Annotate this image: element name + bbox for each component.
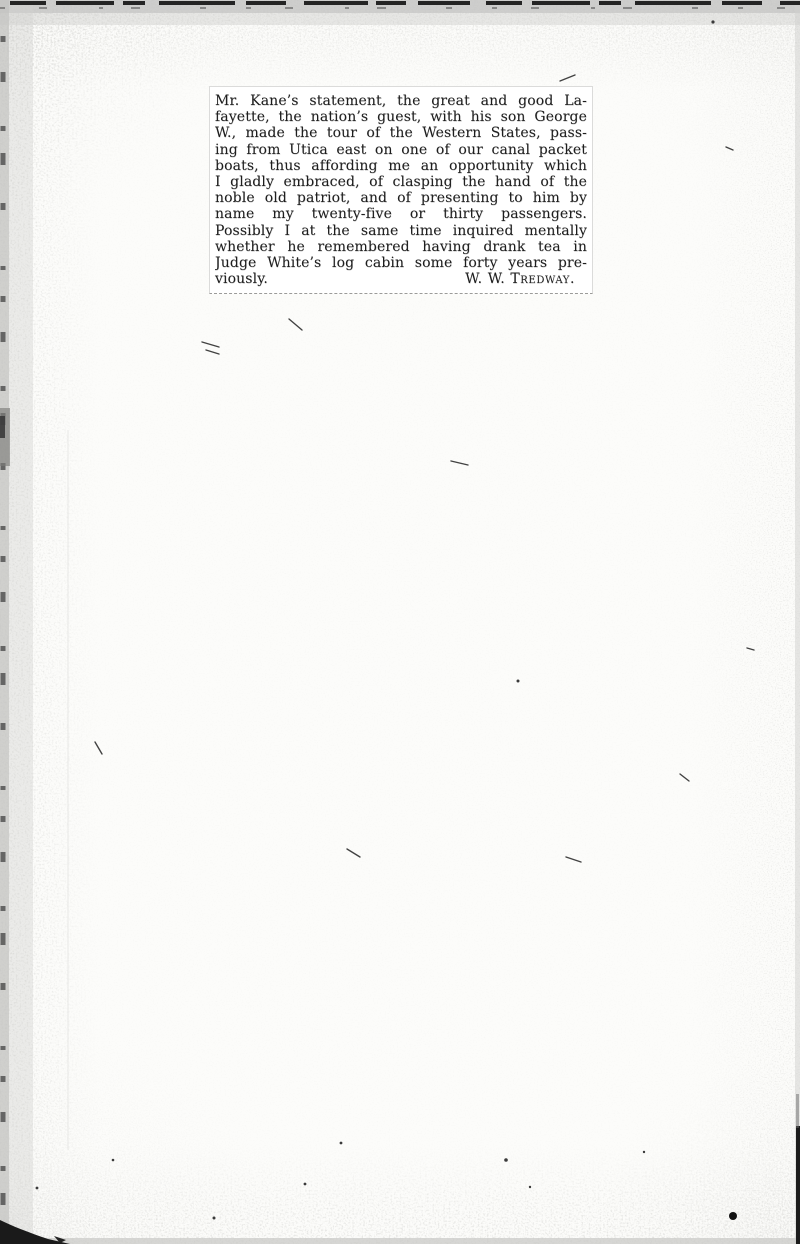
clipping-line: W., made the tour of the Western States,… [215, 125, 587, 141]
clipping-line: fayette, the nation’s guest, with his so… [215, 109, 587, 125]
clipping-line-fragment: viously. [215, 271, 268, 287]
clipping-line: boats, thus affording me an opportunity … [215, 158, 587, 174]
clipping-line: noble old patriot, and of presenting to … [215, 190, 587, 206]
newspaper-clipping: Mr. Kane’s statement, the great and good… [209, 86, 593, 294]
clipping-line: Possibly I at the same time inquired men… [215, 223, 587, 239]
scanned-page: Mr. Kane’s statement, the great and good… [0, 0, 800, 1244]
clipping-last-line: viously. W. W. Tredway. [215, 271, 587, 287]
right-edge-black-strip [796, 1126, 800, 1244]
bottom-left-ink-blob [0, 1220, 70, 1244]
clipping-line: whether he remembered having drank tea i… [215, 239, 587, 255]
clipping-line: Judge White’s log cabin some forty years… [215, 255, 587, 271]
clipping-line: I gladly embraced, of clasping the hand … [215, 174, 587, 190]
clipping-line: ing from Utica east on one of our canal … [215, 142, 587, 158]
clipping-signature: W. W. Tredway. [465, 271, 587, 287]
clipping-line: Mr. Kane’s statement, the great and good… [215, 93, 587, 109]
clipping-line: name my twenty-five or thirty passengers… [215, 206, 587, 222]
